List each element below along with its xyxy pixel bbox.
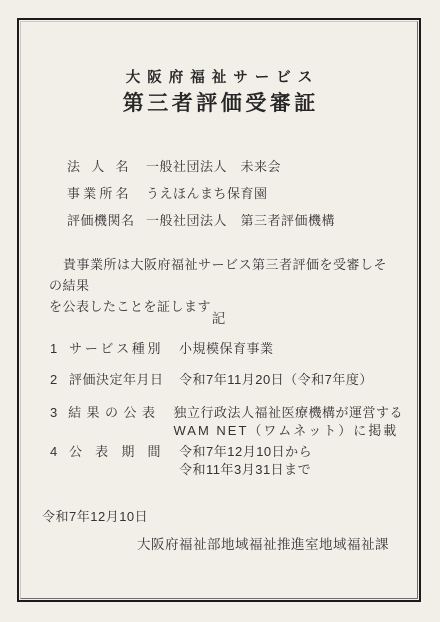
info-row-office-name: 事業所名 うえほんまち保育園 — [67, 183, 268, 202]
service-type-value: 小規模保育事業 — [179, 340, 274, 358]
publication-period-from: 令和7年12月10日から — [179, 443, 312, 461]
certificate-page: 大阪府福祉サービス 第三者評価受審証 法人名 一般社団法人 未来会 事業所名 う… — [0, 0, 440, 622]
section-marker-ki: 記 — [19, 307, 419, 327]
item-number: 4 — [50, 443, 69, 461]
publication-period-label: 公表期間 — [69, 443, 161, 461]
office-name-value: うえほんまち保育園 — [146, 183, 268, 202]
office-name-label: 事業所名 — [67, 183, 129, 202]
evaluation-org-label: 評価機関名 — [67, 210, 129, 229]
publication-period-to: 令和11年3月31日まで — [179, 461, 312, 479]
result-publication-value-line1: 独立行政法人福祉医療機構が運営する — [173, 404, 403, 422]
corporation-name-label: 法人名 — [67, 156, 129, 175]
item-number: 3 — [50, 404, 68, 422]
statement-line1: 貴事業所は大阪府福祉サービス第三者評価を受審しその結果 — [49, 254, 397, 296]
certificate-border-frame: 大阪府福祉サービス 第三者評価受審証 法人名 一般社団法人 未来会 事業所名 う… — [17, 18, 421, 602]
item-number: 1 — [50, 340, 69, 358]
issuing-department: 大阪府福祉部地域福祉推進室地域福祉課 — [137, 533, 389, 553]
info-row-corporation-name: 法人名 一般社団法人 未来会 — [67, 156, 281, 175]
list-item-result-publication: 3 結果の公表 独立行政法人福祉医療機構が運営する WAM NET（ワムネット）… — [50, 404, 403, 440]
info-row-evaluation-org-name: 評価機関名 一般社団法人 第三者評価機構 — [67, 210, 335, 229]
issue-date: 令和7年12月10日 — [42, 506, 148, 525]
certificate-title-line1: 大阪府福祉サービス — [19, 66, 419, 87]
list-item-evaluation-decision-date: 2 評価決定年月日 令和7年11月20日（令和7年度） — [50, 371, 403, 389]
certificate-title-line2: 第三者評価受審証 — [19, 87, 419, 117]
item-number: 2 — [50, 371, 69, 389]
evaluation-org-value: 一般社団法人 第三者評価機構 — [146, 210, 335, 229]
result-publication-label: 結果の公表 — [68, 404, 155, 422]
evaluation-decision-date-label: 評価決定年月日 — [69, 371, 161, 389]
corporation-name-value: 一般社団法人 未来会 — [146, 156, 281, 175]
evaluation-decision-date-value: 令和7年11月20日（令和7年度） — [179, 371, 373, 389]
list-item-service-type: 1 サービス種別 小規模保育事業 — [50, 340, 403, 358]
service-type-label: サービス種別 — [69, 340, 161, 358]
list-item-publication-period: 4 公表期間 令和7年12月10日から 令和11年3月31日まで — [50, 443, 403, 479]
result-publication-value-line2: WAM NET（ワムネット）に掲載 — [173, 422, 403, 440]
